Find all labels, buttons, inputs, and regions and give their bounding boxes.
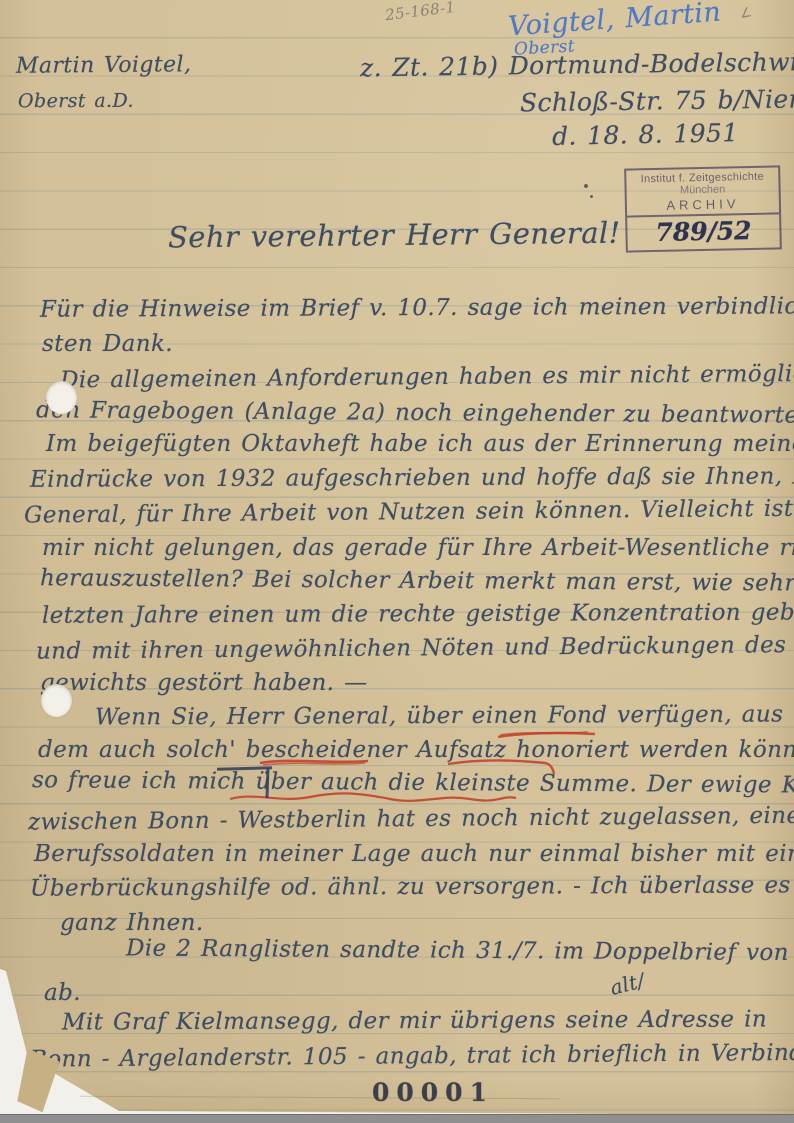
address-line-2: Schloß-Str. 75 b/Nierhoff bbox=[520, 84, 794, 118]
letter-line: den Fragebogen (Anlage 2a) noch eingehen… bbox=[36, 397, 794, 428]
sender-rank: Oberst a.D. bbox=[18, 90, 134, 113]
address-line-1: z. Zt. 21b) Dortmund-Bodelschwingh bbox=[360, 47, 794, 83]
letter-line: mir nicht gelungen, das gerade für Ihre … bbox=[42, 535, 794, 561]
address-date-line: d. 18. 8. 1951 bbox=[552, 118, 739, 151]
letter-line: Für die Hinweise im Brief v. 10.7. sage … bbox=[40, 293, 794, 322]
archive-stamp: Institut f. Zeitgeschichte München ARCHI… bbox=[624, 165, 782, 252]
hole-punch bbox=[41, 684, 72, 717]
letter-line: Im beigefügten Oktavheft habe ich aus de… bbox=[46, 431, 794, 457]
bottom-scan-bar bbox=[0, 1114, 794, 1123]
ink-speck bbox=[590, 195, 593, 198]
letter-line: Mit Graf Kielmansegg, der mir übrigens s… bbox=[62, 1006, 767, 1035]
stamp-signature-number: 789/52 bbox=[627, 214, 780, 250]
letter-line: Berufssoldaten in meiner Lage auch nur e… bbox=[34, 841, 794, 867]
corner-pencil-mark: ∠ bbox=[739, 5, 753, 22]
letter-line: dem auch solch' bescheidener Aufsatz hon… bbox=[38, 737, 794, 763]
letter-line: gewichts gestört haben. — bbox=[40, 670, 368, 696]
letter-line: ab. bbox=[44, 980, 81, 1006]
letter-line: ganz Ihnen. bbox=[60, 910, 204, 936]
letter-line: Wenn Sie, Herr General, über einen Fond … bbox=[95, 701, 783, 730]
stamp-archiv-line: ARCHIV bbox=[629, 195, 777, 213]
letter-line: Eindrücke von 1932 aufgeschrieben und ho… bbox=[30, 463, 794, 493]
letter-line: letzten Jahre einen um die rechte geisti… bbox=[42, 599, 794, 629]
ink-speck bbox=[584, 184, 588, 188]
letter-line: Die 2 Ranglisten sandte ich 31./7. im Do… bbox=[126, 935, 794, 966]
letter-line: Überbrückungshilfe od. ähnl. zu versorge… bbox=[30, 872, 791, 901]
page-number-stamp: 00001 bbox=[372, 1078, 494, 1107]
letter-line: sten Dank. bbox=[42, 331, 173, 357]
sender-name: Martin Voigtel, bbox=[16, 52, 192, 79]
salutation: Sehr verehrter Herr General! bbox=[168, 216, 621, 255]
hole-punch bbox=[46, 381, 77, 414]
scanned-letter-page: { "annotations": { "pencil_number": "25-… bbox=[0, 0, 794, 1123]
